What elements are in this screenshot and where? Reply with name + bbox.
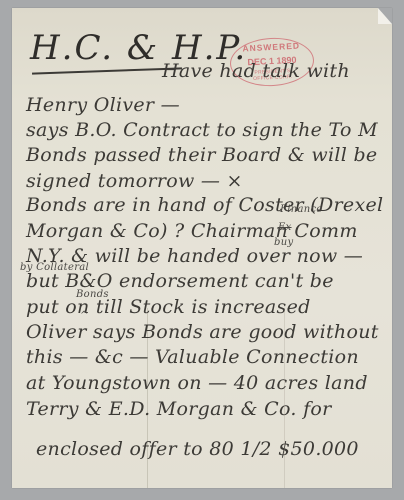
struck-insert: Ex [278, 222, 292, 233]
handwritten-line: put on till Stock is increased [26, 296, 311, 318]
handwritten-line: signed tomorrow — × [26, 170, 243, 192]
handwritten-line: at Youngstown on — 40 acres land [26, 372, 368, 394]
handwritten-line: Bonds are in hand of Coster (Drexel [26, 194, 383, 216]
letter-page: H.C. & H.P. ANSWERED DEC 1 1890 PRESIDEN… [12, 8, 392, 488]
interlinear-insert: Finance [280, 204, 323, 215]
caret-mark: ^ [80, 310, 89, 321]
interlinear-insert: by Collateral [20, 262, 89, 273]
handwritten-line: Oliver says Bonds are good without [26, 321, 379, 343]
interlinear-insert: Bonds [76, 289, 109, 300]
handwritten-line: Have had talk with [162, 60, 350, 82]
handwritten-line: Bonds passed their Board & will be [26, 144, 377, 166]
interlinear-insert: buy [274, 237, 293, 248]
dog-ear-corner [378, 8, 392, 24]
heading-underline [32, 67, 182, 74]
handwritten-line: but B&O endorsement can't be [26, 270, 334, 292]
handwritten-line: Henry Oliver — [26, 94, 180, 116]
handwritten-line: this — &c — Valuable Connection [26, 346, 359, 368]
handwritten-line: Morgan & Co) ? Chairman Comm [26, 220, 358, 242]
handwritten-line: Terry & E.D. Morgan & Co. for [26, 398, 332, 420]
handwritten-line: enclosed offer to 80 1/2 $50.000 [36, 438, 359, 460]
handwritten-line: says B.O. Contract to sign the To M [26, 119, 378, 141]
